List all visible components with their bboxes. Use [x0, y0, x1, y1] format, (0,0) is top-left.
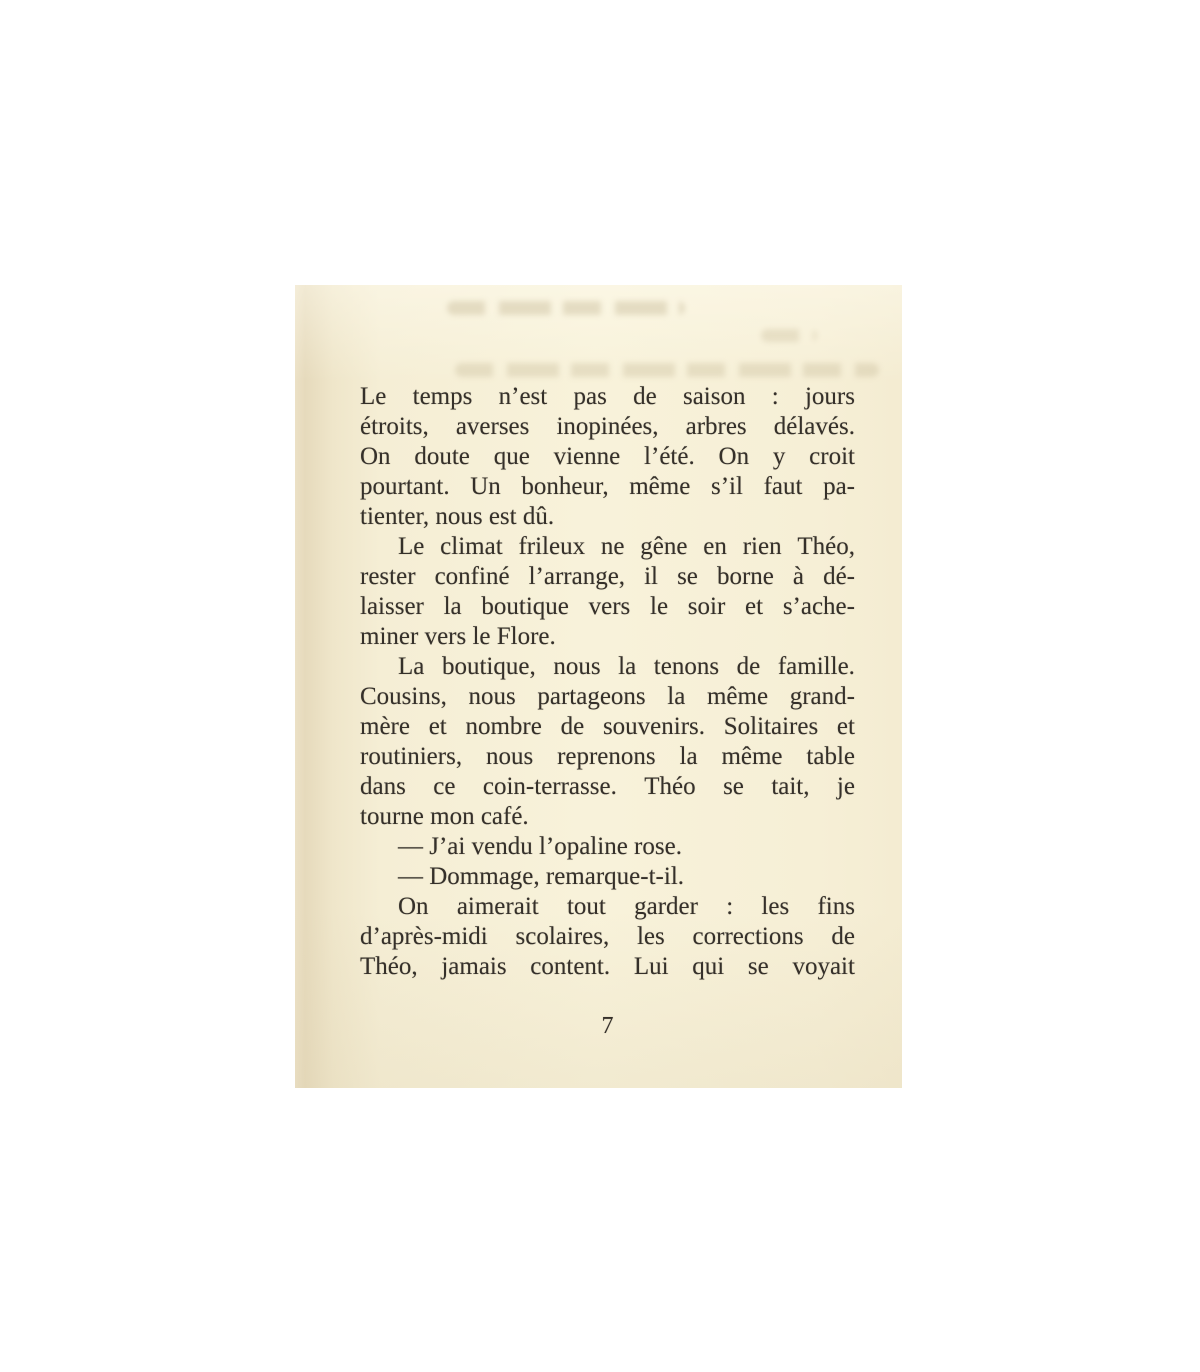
word: arbres	[686, 412, 747, 442]
text-line: danscecoin-terrasse.Théosetait,je	[360, 772, 855, 802]
text-line: LeclimatfrileuxnegêneenrienThéo,	[360, 532, 855, 562]
word: :	[772, 382, 779, 412]
word: délavés.	[774, 412, 855, 442]
text-line: Cousins,nouspartageonslamêmegrand-	[360, 682, 855, 712]
word: inopinées,	[556, 412, 658, 442]
word: On	[398, 892, 429, 922]
word: à	[793, 562, 804, 592]
word: pa-	[823, 472, 855, 502]
word: la	[667, 682, 685, 712]
word: rester	[360, 562, 416, 592]
word: boutique	[481, 592, 569, 622]
word: se	[677, 562, 698, 592]
word: corrections	[693, 922, 804, 952]
book-page: Letempsn’estpasdesaison:joursétroits,ave…	[295, 285, 902, 1088]
word: frileux	[518, 532, 585, 562]
text-line: pourtant.Unbonheur,mêmes’ilfautpa-	[360, 472, 855, 502]
ghost-text-artifact	[455, 363, 879, 377]
text-line: Ondoutequeviennel’été.Onycroit	[360, 442, 855, 472]
word: les	[637, 922, 665, 952]
text-line: Théo,jamaiscontent.Luiquisevoyait	[360, 952, 855, 982]
word: en	[703, 532, 727, 562]
word: faut	[764, 472, 803, 502]
word: saison	[683, 382, 746, 412]
word: Lui	[634, 952, 669, 982]
word: vers	[589, 592, 631, 622]
word: que	[494, 442, 530, 472]
word: confiné	[435, 562, 510, 592]
word: de	[633, 382, 657, 412]
text-line: tienter, nous est dû.	[360, 502, 855, 532]
word: On	[719, 442, 750, 472]
word: doute	[414, 442, 470, 472]
word: souvenirs.	[603, 712, 705, 742]
word: jours	[805, 382, 855, 412]
word: s’il	[711, 472, 743, 502]
text-line: Letempsn’estpasdesaison:jours	[360, 382, 855, 412]
word: ce	[433, 772, 455, 802]
word: table	[806, 742, 855, 772]
ghost-text-artifact	[447, 301, 685, 315]
word: Théo,	[360, 952, 418, 982]
word: je	[837, 772, 855, 802]
text-line: mèreetnombredesouvenirs.Solitaireset	[360, 712, 855, 742]
word: de	[831, 922, 855, 952]
word: se	[723, 772, 744, 802]
word: fins	[817, 892, 855, 922]
text-line: resterconfinél’arrange,ilseborneàdé-	[360, 562, 855, 592]
word: la	[618, 652, 636, 682]
word: Le	[360, 382, 386, 412]
word: boutique,	[442, 652, 536, 682]
word: et	[429, 712, 447, 742]
word: et	[837, 712, 855, 742]
ghost-text-artifact	[761, 329, 817, 342]
body-text: Letempsn’estpasdesaison:joursétroits,ave…	[360, 382, 855, 982]
text-line: routiniers,nousreprenonslamêmetable	[360, 742, 855, 772]
word: qui	[692, 952, 724, 982]
word: tait,	[771, 772, 809, 802]
text-line: Onaimeraittoutgarder:lesfins	[360, 892, 855, 922]
word: jamais	[441, 952, 506, 982]
word: averses	[456, 412, 530, 442]
word: rien	[743, 532, 782, 562]
word: même	[629, 472, 690, 502]
text-line: tourne mon café.	[360, 802, 855, 832]
word: Solitaires	[724, 712, 818, 742]
scan-background: Letempsn’estpasdesaison:joursétroits,ave…	[0, 0, 1200, 1372]
word: la	[444, 592, 462, 622]
word: même	[707, 682, 768, 712]
word: coin-terrasse.	[483, 772, 617, 802]
word: aimerait	[457, 892, 539, 922]
word: temps	[413, 382, 473, 412]
word: partageons	[537, 682, 645, 712]
word: se	[748, 952, 769, 982]
word: climat	[440, 532, 502, 562]
word: garder	[634, 892, 698, 922]
text-line: étroits,aversesinopinées,arbresdélavés.	[360, 412, 855, 442]
word: mère	[360, 712, 410, 742]
word: nous	[468, 682, 515, 712]
word: famille.	[778, 652, 855, 682]
word: Théo,	[797, 532, 855, 562]
word: même	[721, 742, 782, 772]
word: d’après-midi	[360, 922, 488, 952]
word: le	[650, 592, 668, 622]
word: grand-	[790, 682, 855, 712]
word: et	[745, 592, 763, 622]
word: reprenons	[557, 742, 656, 772]
word: l’été.	[644, 442, 695, 472]
word: n’est	[499, 382, 548, 412]
text-line: d’après-midiscolaires,lescorrectionsde	[360, 922, 855, 952]
word: soir	[688, 592, 726, 622]
word: gêne	[640, 532, 687, 562]
word: routiniers,	[360, 742, 462, 772]
word: de	[737, 652, 761, 682]
word: la	[680, 742, 698, 772]
word: il	[644, 562, 658, 592]
word: pas	[574, 382, 607, 412]
word: bonheur,	[521, 472, 608, 502]
word: dans	[360, 772, 406, 802]
text-line: laisserlaboutiqueverslesoirets’ache-	[360, 592, 855, 622]
word: nous	[486, 742, 533, 772]
word: nombre	[465, 712, 541, 742]
word: vienne	[554, 442, 621, 472]
word: tout	[567, 892, 606, 922]
word: Théo	[644, 772, 695, 802]
word: La	[398, 652, 424, 682]
word: laisser	[360, 592, 424, 622]
word: Un	[470, 472, 501, 502]
word: s’ache-	[783, 592, 855, 622]
word: :	[726, 892, 733, 922]
word: Cousins,	[360, 682, 447, 712]
word: scolaires,	[516, 922, 610, 952]
word: pourtant.	[360, 472, 450, 502]
word: nous	[553, 652, 600, 682]
text-line: Laboutique,nouslatenonsdefamille.	[360, 652, 855, 682]
text-line: — Dommage, remarque-t-il.	[360, 862, 855, 892]
word: de	[561, 712, 585, 742]
word: dé-	[823, 562, 855, 592]
text-line: miner vers le Flore.	[360, 622, 855, 652]
word: croit	[809, 442, 855, 472]
page-number: 7	[360, 1011, 855, 1041]
word: voyait	[792, 952, 855, 982]
word: ne	[601, 532, 625, 562]
word: borne	[717, 562, 774, 592]
word: tenons	[654, 652, 719, 682]
word: étroits,	[360, 412, 429, 442]
word: Le	[398, 532, 424, 562]
word: content.	[530, 952, 610, 982]
word: l’arrange,	[529, 562, 625, 592]
word: les	[761, 892, 789, 922]
text-line: — J’ai vendu l’opaline rose.	[360, 832, 855, 862]
word: y	[773, 442, 786, 472]
word: On	[360, 442, 391, 472]
